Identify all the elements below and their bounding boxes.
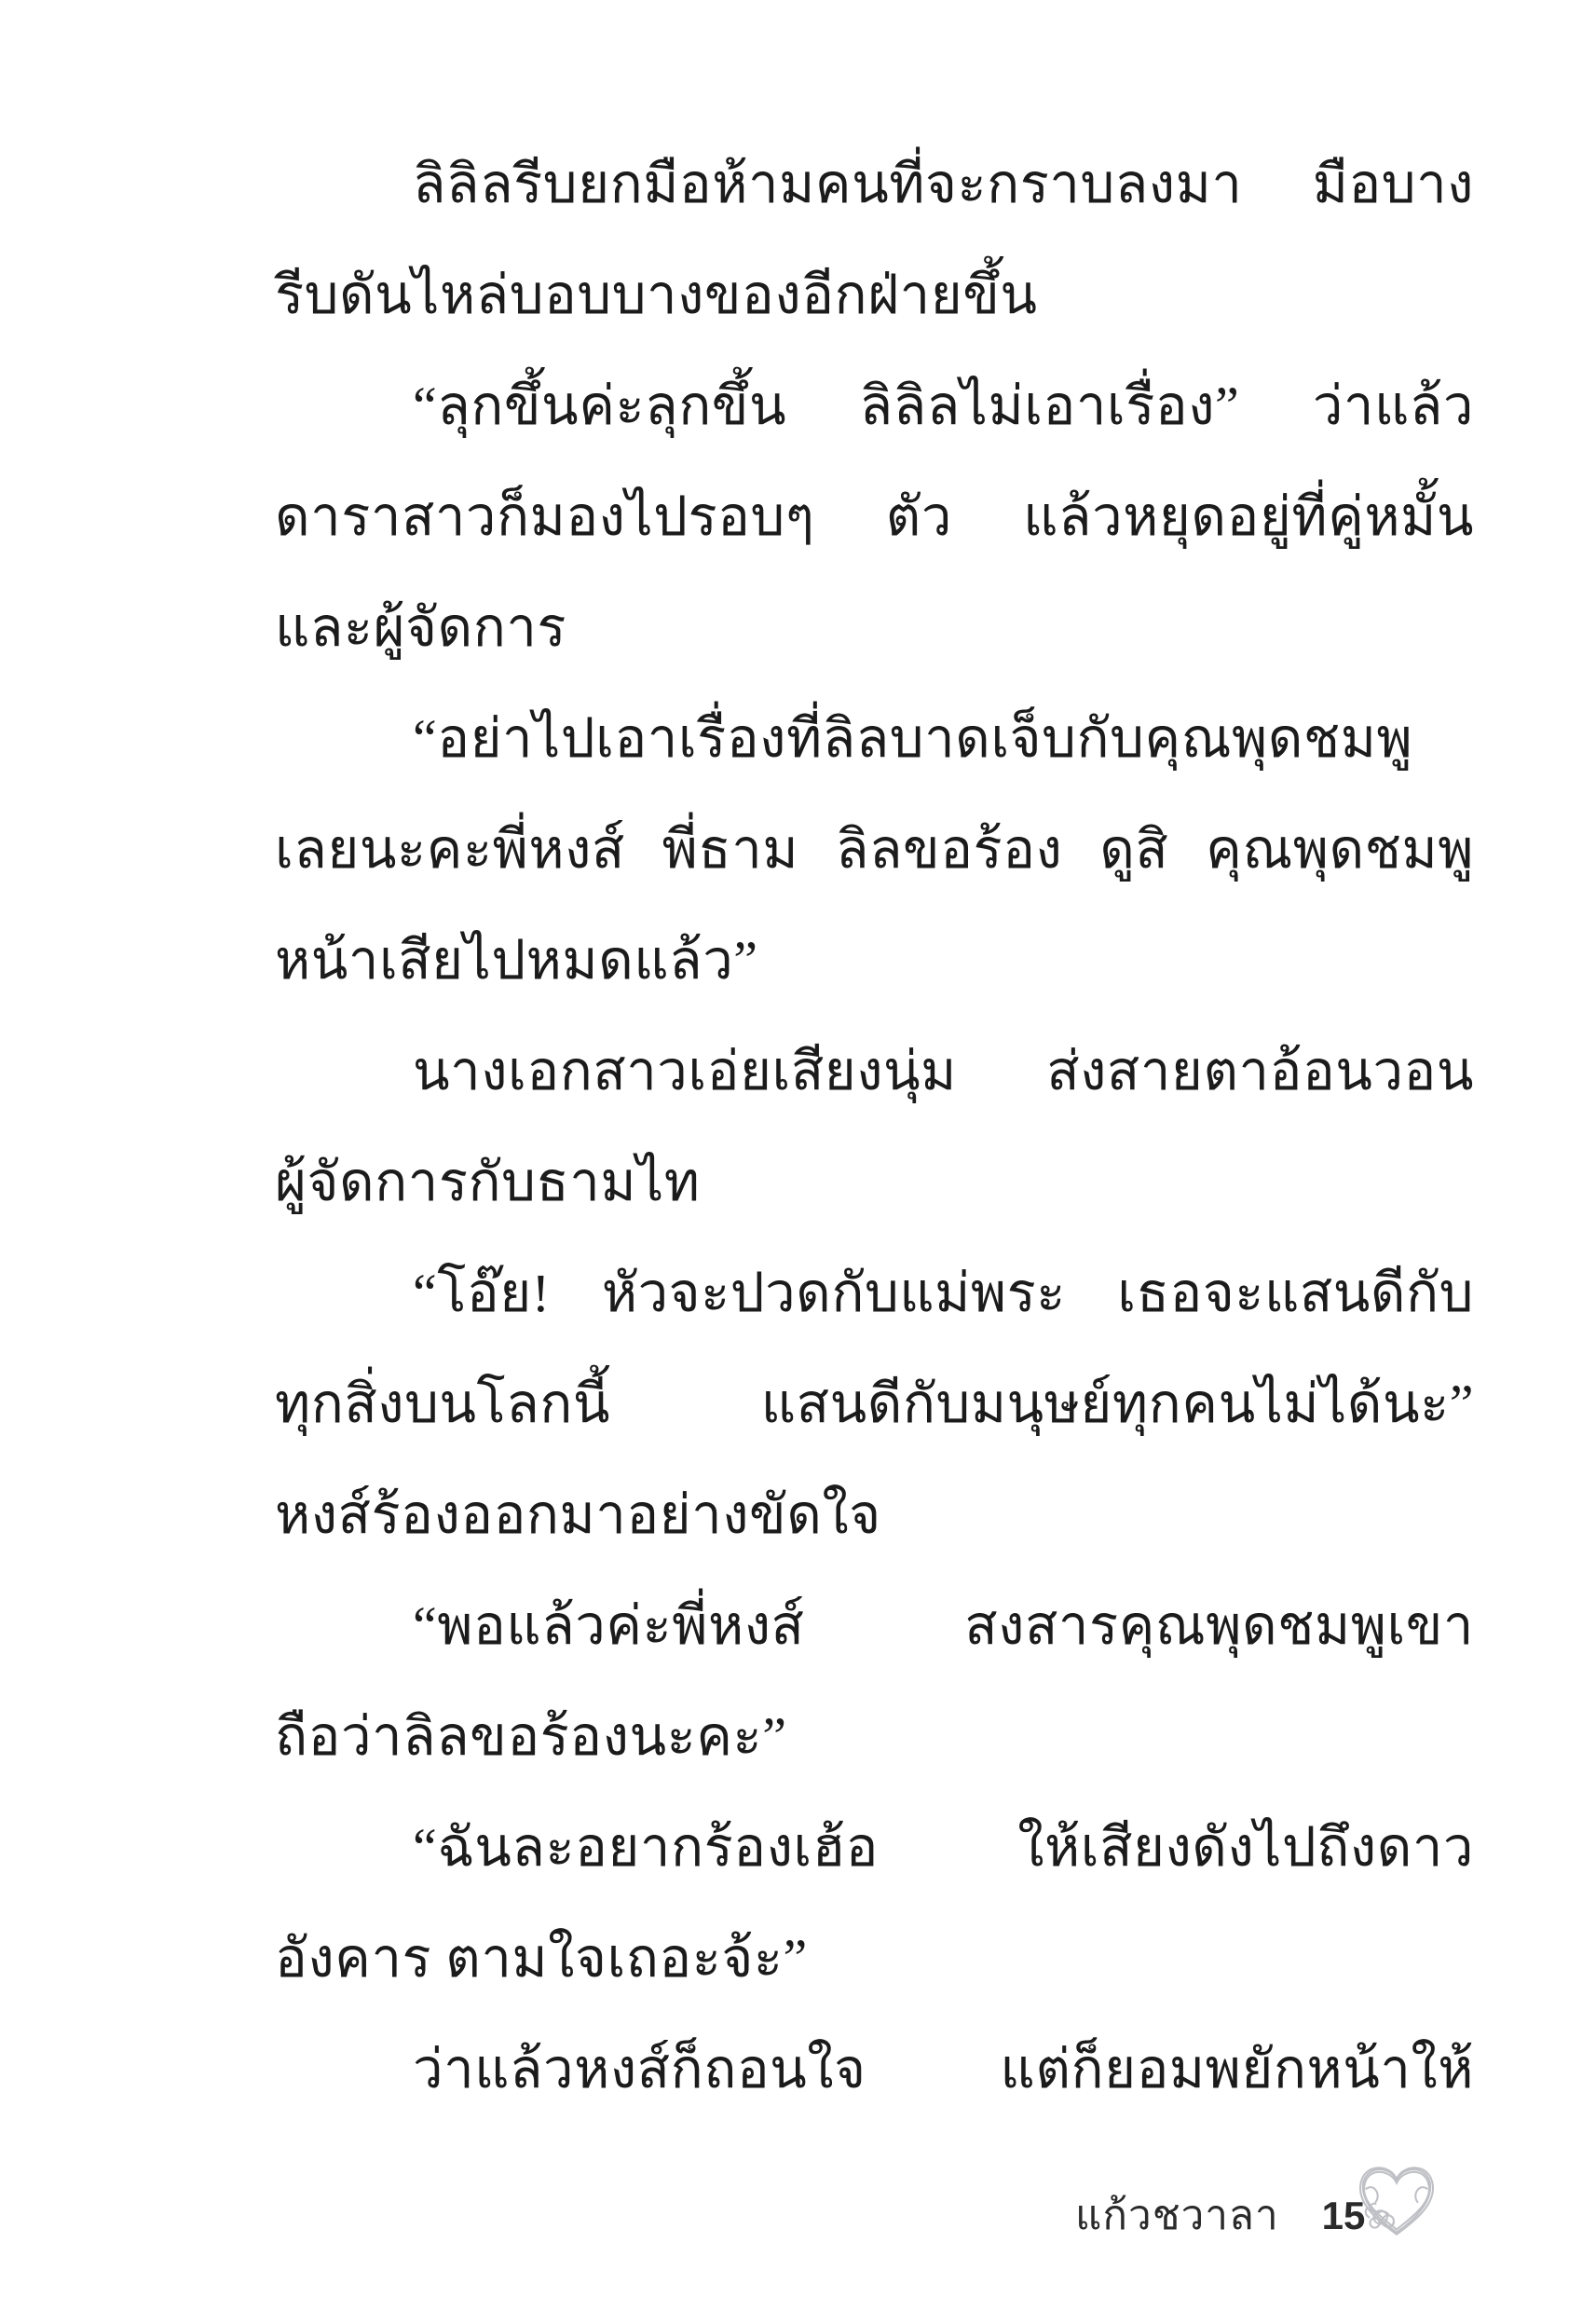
text-line: ดาราสาวก็มองไปรอบๆ ตัว แล้วหยุดอยู่ที่คู… bbox=[275, 461, 1474, 572]
page-footer: แก้วชวาลา 15 bbox=[1075, 2192, 1365, 2240]
book-title: แก้วชวาลา bbox=[1075, 2192, 1279, 2240]
text-line: รีบดันไหล่บอบบางของอีกฝ่ายขึ้น bbox=[275, 239, 1474, 350]
text-line: นางเอกสาวเอ่ยเสียงนุ่ม ส่งสายตาอ้อนวอน bbox=[275, 1016, 1474, 1127]
text-line: ทุกสิ่งบนโลกนี้ แสนดีกับมนุษย์ทุกคนไม่ได… bbox=[275, 1348, 1474, 1459]
text-line: ลิลิลรีบยกมือห้ามคนที่จะกราบลงมา มือบาง bbox=[275, 129, 1474, 239]
text-line: เลยนะคะพี่หงส์ พี่ธาม ลิลขอร้อง ดูสิ คุณ… bbox=[275, 794, 1474, 905]
text-line: “อย่าไปเอาเรื่องที่ลิลบาดเจ็บกับคุณพุดชม… bbox=[275, 683, 1474, 794]
book-page: ลิลิลรีบยกมือห้ามคนที่จะกราบลงมา มือบาง … bbox=[0, 0, 1596, 2311]
body-text: ลิลิลรีบยกมือห้ามคนที่จะกราบลงมา มือบาง … bbox=[275, 129, 1474, 2125]
text-line: อังคาร ตามใจเถอะจ้ะ” bbox=[275, 1903, 1474, 2014]
text-line: “โอ๊ย! หัวจะปวดกับแม่พระ เธอจะแสนดีกับ bbox=[275, 1238, 1474, 1348]
text-line: ว่าแล้วหงส์ก็ถอนใจ แต่ก็ยอมพยักหน้าให้ bbox=[275, 2014, 1474, 2125]
heart-wreath-icon bbox=[1349, 2156, 1444, 2242]
text-line: “พอแล้วค่ะพี่หงส์ สงสารคุณพุดชมพูเขา bbox=[275, 1570, 1474, 1681]
text-line: “ลุกขึ้นค่ะลุกขึ้น ลิลิลไม่เอาเรื่อง” ว่… bbox=[275, 350, 1474, 461]
text-line: ถือว่าลิลขอร้องนะคะ” bbox=[275, 1681, 1474, 1792]
text-line: และผู้จัดการ bbox=[275, 572, 1474, 683]
text-line: ผู้จัดการกับธามไท bbox=[275, 1127, 1474, 1238]
text-line: “ฉันละอยากร้องเฮ้อ ให้เสียงดังไปถึงดาว bbox=[275, 1792, 1474, 1903]
text-line: หน้าเสียไปหมดแล้ว” bbox=[275, 905, 1474, 1016]
text-line: หงส์ร้องออกมาอย่างขัดใจ bbox=[275, 1459, 1474, 1570]
